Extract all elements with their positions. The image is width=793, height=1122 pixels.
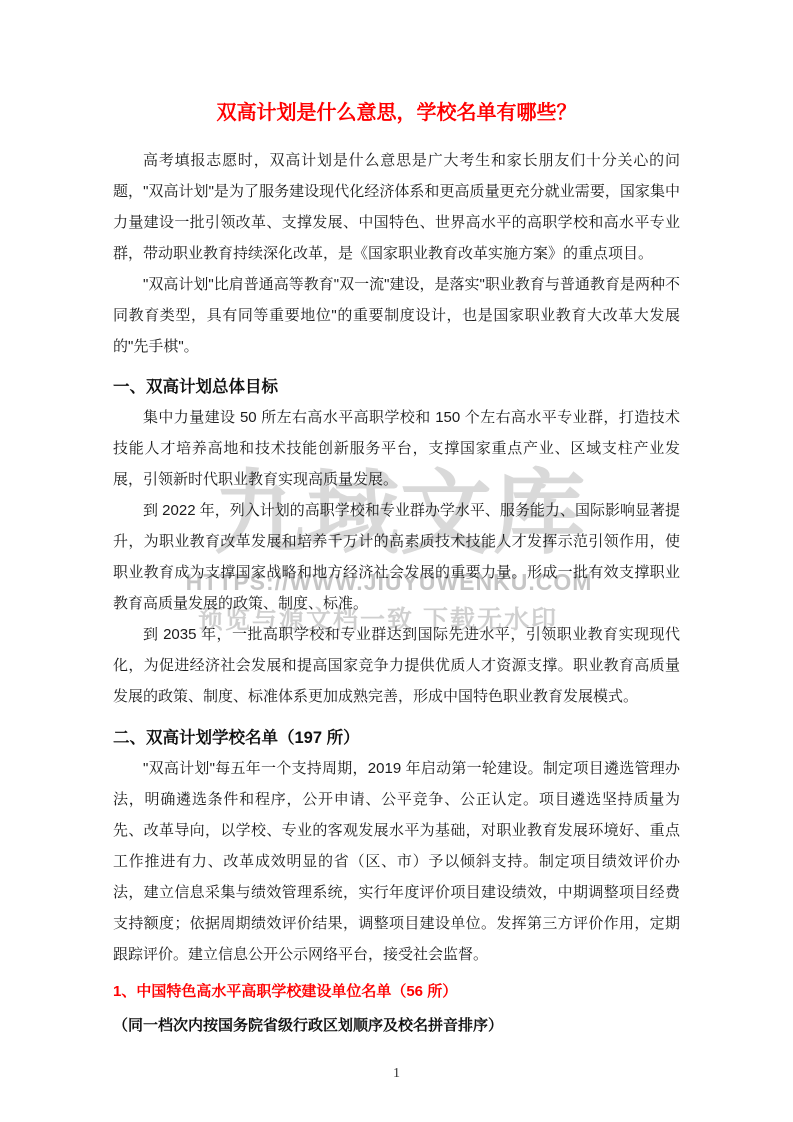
section1-paragraph-3: 到 2035 年，一批高职学校和专业群达到国际先进水平，引领职业教育实现现代化，… (113, 619, 680, 712)
section-heading-1: 一、双高计划总体目标 (113, 372, 680, 402)
intro-paragraph-2: "双高计划"比肩普通高等教育"双一流"建设，是落实"职业教育与普通教育是两种不同… (113, 269, 680, 362)
section2-paragraph-1: "双高计划"每五年一个支持周期，2019 年启动第一轮建设。制定项目遴选管理办法… (113, 753, 680, 970)
section1-paragraph-2: 到 2022 年，列入计划的高职学校和专业群办学水平、服务能力、国际影响显著提升… (113, 495, 680, 619)
section1-paragraph-1: 集中力量建设 50 所左右高水平高职学校和 150 个左右高水平专业群，打造技术… (113, 402, 680, 495)
document-page: 九域文库 HTTPS://WWW.JIUYUWENKU.COM 预览与源文档一致… (0, 0, 793, 1122)
document-title: 双高计划是什么意思，学校名单有哪些？ (113, 98, 680, 128)
sub-heading-red: 1、中国特色高水平高职学校建设单位名单（56 所） (113, 977, 680, 1007)
document-content: 双高计划是什么意思，学校名单有哪些？ 高考填报志愿时，双高计划是什么意思是广大考… (113, 98, 680, 1041)
section-heading-2: 二、双高计划学校名单（197 所） (113, 723, 680, 753)
page-number: 1 (0, 1066, 793, 1082)
sub-heading-note: （同一档次内按国务院省级行政区划顺序及校名拼音排序） (113, 1011, 680, 1041)
intro-paragraph-1: 高考填报志愿时，双高计划是什么意思是广大考生和家长朋友们十分关心的问题，"双高计… (113, 145, 680, 269)
